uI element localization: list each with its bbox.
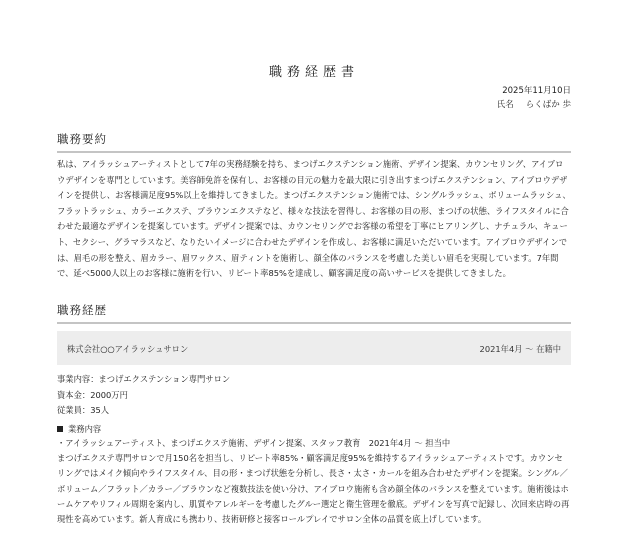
career-heading: 職務経歴 xyxy=(57,302,571,324)
duties-text: ・アイラッシュアーティスト、まつげエクステ施術、デザイン提案、スタッフ教育 20… xyxy=(57,436,571,527)
square-bullet-icon xyxy=(57,426,63,432)
employment-period: 2021年4月 〜 在籍中 xyxy=(480,343,561,355)
document-title: 職務経歴書 xyxy=(57,61,571,80)
company-info: 事業内容：まつげエクステンション専門サロン 資本金：2000万円 従業員：35人 xyxy=(57,372,230,419)
document-meta: 2025年11月10日 氏名らくばか 歩 xyxy=(497,84,571,112)
duties-heading: 業務内容 xyxy=(68,424,101,434)
company-header: 株式会社○○アイラッシュサロン 2021年4月 〜 在籍中 xyxy=(57,331,571,365)
company-name: 株式会社○○アイラッシュサロン xyxy=(67,343,188,355)
company-employees: 従業員：35人 xyxy=(57,403,230,419)
company-business: 事業内容：まつげエクステンション専門サロン xyxy=(57,372,230,388)
summary-text: 私は、アイラッシュアーティストとして7年の実務経験を持ち、まつげエクステンション… xyxy=(57,157,571,282)
document-date: 2025年11月10日 xyxy=(497,84,571,98)
name-label: 氏名 xyxy=(497,100,514,110)
summary-heading: 職務要約 xyxy=(57,131,571,153)
company-capital: 資本金：2000万円 xyxy=(57,388,230,404)
name-row: 氏名らくばか 歩 xyxy=(497,98,571,112)
duties-heading-row: 業務内容 xyxy=(57,422,101,436)
name-value: らくばか 歩 xyxy=(526,100,571,110)
